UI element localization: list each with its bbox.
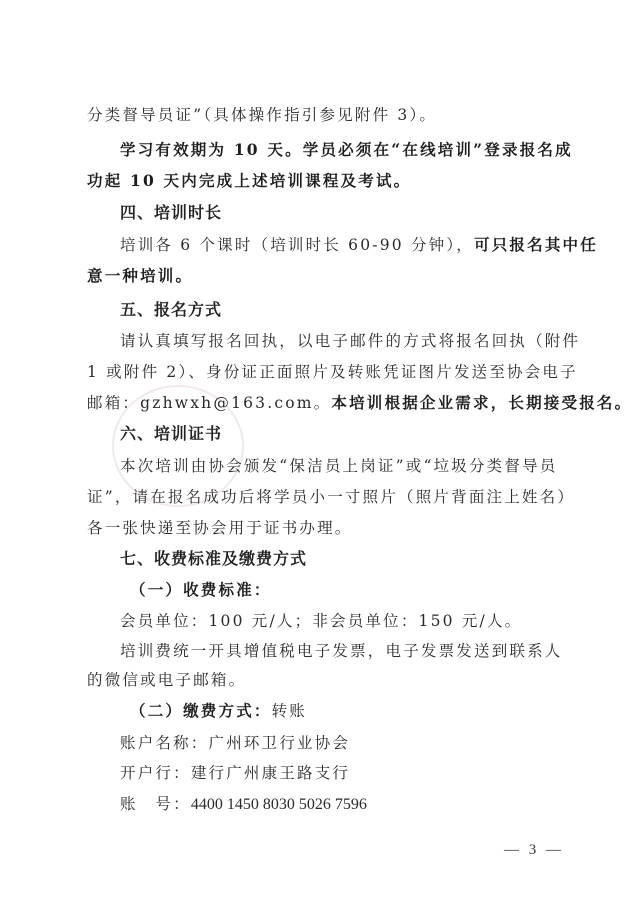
section-heading-registration: 五、报名方式 bbox=[120, 300, 222, 320]
payment-method-label: （二）缴费方式： bbox=[130, 701, 272, 720]
section-heading-fees: 七、收费标准及缴费方式 bbox=[120, 549, 307, 569]
duration-text-bold: 可只报名其中任 bbox=[474, 235, 598, 254]
bank-value: 建行广州康王路支行 bbox=[191, 764, 350, 782]
registration-email-line: 邮箱：gzhwxh@163.com。本培训根据企业需求，长期接受报名。 bbox=[87, 393, 632, 413]
payment-method-value: 转账 bbox=[272, 702, 307, 720]
account-name-line: 账户名称：广州环卫行业协会 bbox=[120, 733, 350, 753]
bank-label: 开户行： bbox=[120, 764, 191, 782]
registration-paragraph: 请认真填写报名回执，以电子邮件的方式将报名回执（附件 bbox=[120, 331, 580, 351]
email-text: 邮箱：gzhwxh@163.com。 bbox=[87, 394, 331, 412]
certificate-paragraph: 本次培训由协会颁发“保洁员上岗证”或“垃圾分类督导员 bbox=[120, 456, 557, 476]
duration-paragraph-cont: 意一种培训。 bbox=[87, 266, 193, 286]
account-name-label: 账户名称： bbox=[120, 734, 209, 752]
account-name-value: 广州环卫行业协会 bbox=[209, 734, 351, 752]
invoice-paragraph: 培训费统一开具增值税电子发票，电子发票发送到联系人 bbox=[120, 641, 563, 661]
subheading-payment-method: （二）缴费方式：转账 bbox=[130, 701, 307, 721]
bank-line: 开户行：建行广州康王路支行 bbox=[120, 763, 350, 783]
text-line: 分类督导员证”（具体操作指引参见附件 3）。 bbox=[87, 105, 437, 125]
document-page: 分类督导员证”（具体操作指引参见附件 3）。 学习有效期为 10 天。学员必须在… bbox=[0, 0, 634, 900]
certificate-paragraph-cont2: 各一张快递至协会用于证书办理。 bbox=[87, 518, 353, 538]
study-validity-paragraph-cont: 功起 10 天内完成上述培训课程及考试。 bbox=[87, 171, 411, 191]
study-validity-paragraph: 学习有效期为 10 天。学员必须在“在线培训”登录报名成 bbox=[120, 140, 573, 160]
registration-note-bold: 本培训根据企业需求，长期接受报名。 bbox=[331, 393, 632, 412]
section-heading-certificate: 六、培训证书 bbox=[120, 424, 222, 444]
account-number-line: 账 号：4400 1450 8030 5026 7596 bbox=[120, 794, 367, 815]
account-number-label: 账 号： bbox=[120, 795, 191, 813]
registration-paragraph-cont: 1 或附件 2）、身份证正面照片及转账凭证图片发送至协会电子 bbox=[87, 362, 578, 382]
certificate-paragraph-cont: 证”，请在报名成功后将学员小一寸照片（照片背面注上姓名） bbox=[87, 487, 575, 507]
invoice-paragraph-cont: 的微信或电子邮箱。 bbox=[87, 670, 246, 690]
duration-text: 培训各 6 个课时（培训时长 60-90 分钟）， bbox=[120, 236, 474, 254]
account-number-value: 4400 1450 8030 5026 7596 bbox=[191, 796, 367, 813]
section-heading-training-duration: 四、培训时长 bbox=[120, 203, 222, 223]
duration-paragraph: 培训各 6 个课时（培训时长 60-90 分钟），可只报名其中任 bbox=[120, 235, 598, 255]
fee-amounts: 会员单位：100 元/人；非会员单位：150 元/人。 bbox=[120, 611, 522, 631]
subheading-fee-standard: （一）收费标准： bbox=[130, 580, 272, 600]
page-number: — 3 — bbox=[504, 842, 564, 859]
